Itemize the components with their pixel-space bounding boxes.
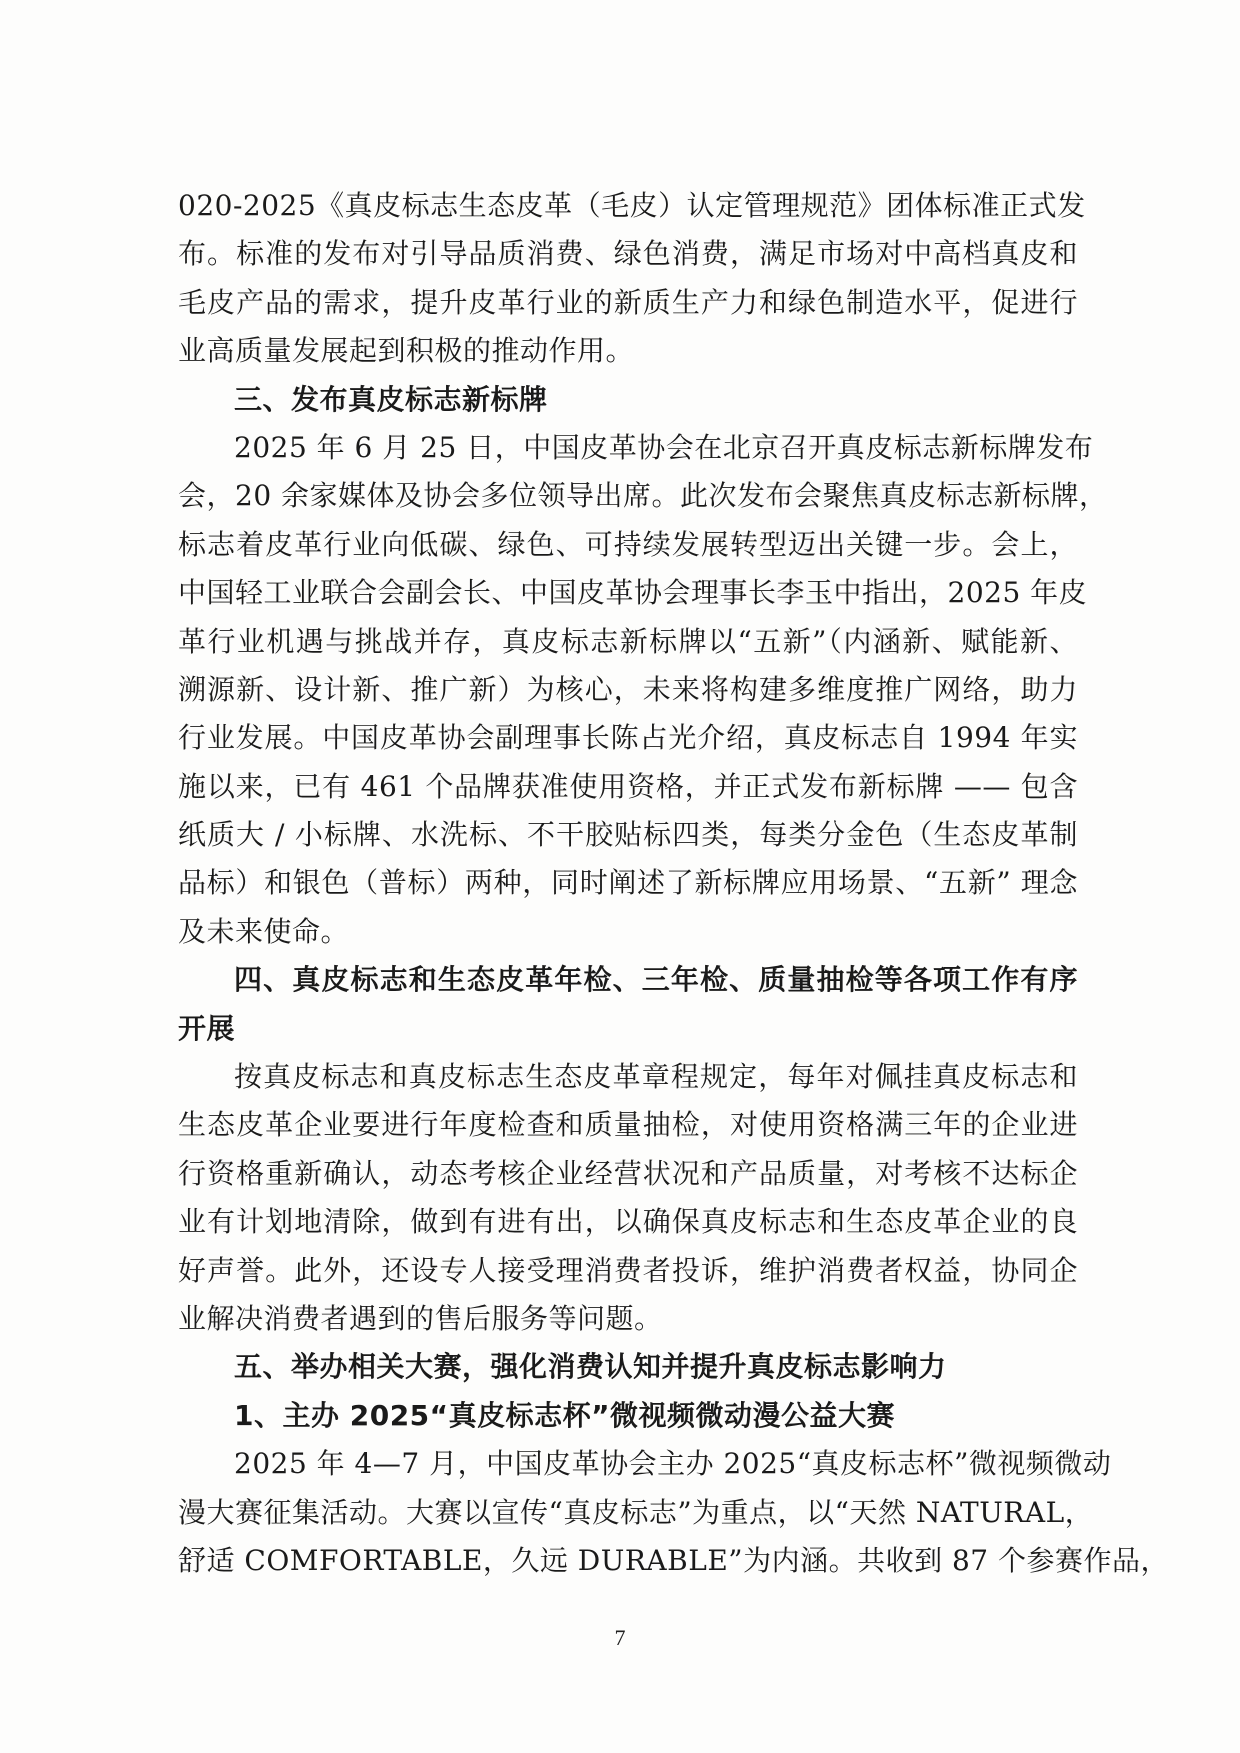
paragraph-standard-release-continuation: 020-2025《真皮标志生态皮革（毛皮）认定管理规范》团体标准正式发 布。标准…: [178, 182, 1078, 376]
text-line: 纸质大 / 小标牌、水洗标、不干胶贴标四类，每类分金色（生态皮革制: [178, 811, 1078, 859]
heading-subsection-5-1: 1、主办 2025“真皮标志杯”微视频微动漫公益大赛: [178, 1392, 1078, 1440]
text-line: 2025 年 6 月 25 日，中国皮革协会在北京召开真皮标志新标牌发布: [178, 424, 1078, 472]
document-body: 020-2025《真皮标志生态皮革（毛皮）认定管理规范》团体标准正式发 布。标准…: [178, 182, 1078, 1585]
heading-section-5: 五、举办相关大赛，强化消费认知并提升真皮标志影响力: [178, 1343, 1078, 1391]
text-line: 舒适 COMFORTABLE，久远 DURABLE”为内涵。共收到 87 个参赛…: [178, 1537, 1078, 1585]
paragraph-annual-inspection: 按真皮标志和真皮标志生态皮革章程规定，每年对佩挂真皮标志和 生态皮革企业要进行年…: [178, 1053, 1078, 1343]
text-line: 会，20 余家媒体及协会多位领导出席。此次发布会聚焦真皮标志新标牌，: [178, 472, 1078, 520]
heading-section-3: 三、发布真皮标志新标牌: [178, 376, 1078, 424]
text-line: 好声誉。此外，还设专人接受理消费者投诉，维护消费者权益，协同企: [178, 1247, 1078, 1295]
text-line: 业高质量发展起到积极的推动作用。: [178, 327, 1078, 375]
heading-text: 五、举办相关大赛，强化消费认知并提升真皮标志影响力: [178, 1343, 1078, 1391]
text-line: 行资格重新确认，动态考核企业经营状况和产品质量，对考核不达标企: [178, 1150, 1078, 1198]
text-line: 业有计划地清除，做到有进有出，以确保真皮标志和生态皮革企业的良: [178, 1198, 1078, 1246]
heading-text: 1、主办 2025“真皮标志杯”微视频微动漫公益大赛: [178, 1392, 1078, 1440]
text-line: 毛皮产品的需求，提升皮革行业的新质生产力和绿色制造水平，促进行: [178, 279, 1078, 327]
text-line: 漫大赛征集活动。大赛以宣传“真皮标志”为重点，以“天然 NATURAL，: [178, 1489, 1078, 1537]
text-line: 及未来使命。: [178, 908, 1078, 956]
text-line: 行业发展。中国皮革协会副理事长陈占光介绍，真皮标志自 1994 年实: [178, 714, 1078, 762]
page-number: 7: [0, 1625, 1240, 1651]
text-line: 生态皮革企业要进行年度检查和质量抽检，对使用资格满三年的企业进: [178, 1101, 1078, 1149]
text-line: 业解决消费者遇到的售后服务等问题。: [178, 1295, 1078, 1343]
text-line: 按真皮标志和真皮标志生态皮革章程规定，每年对佩挂真皮标志和: [178, 1053, 1078, 1101]
text-line: 施以来，已有 461 个品牌获准使用资格，并正式发布新标牌 —— 包含: [178, 763, 1078, 811]
paragraph-video-contest: 2025 年 4—7 月，中国皮革协会主办 2025“真皮标志杯”微视频微动 漫…: [178, 1440, 1078, 1585]
text-line: 品标）和银色（普标）两种，同时阐述了新标牌应用场景、“五新” 理念: [178, 859, 1078, 907]
text-line: 标志着皮革行业向低碳、绿色、可持续发展转型迈出关键一步。会上，: [178, 521, 1078, 569]
text-line: 溯源新、设计新、推广新）为核心，未来将构建多维度推广网络，助力: [178, 666, 1078, 714]
heading-section-4: 四、真皮标志和生态皮革年检、三年检、质量抽检等各项工作有序 开展: [178, 956, 1078, 1053]
text-line: 中国轻工业联合会副会长、中国皮革协会理事长李玉中指出，2025 年皮: [178, 569, 1078, 617]
heading-text: 三、发布真皮标志新标牌: [178, 376, 1078, 424]
text-line: 革行业机遇与挑战并存，真皮标志新标牌以“五新”（内涵新、赋能新、: [178, 618, 1078, 666]
text-line: 2025 年 4—7 月，中国皮革协会主办 2025“真皮标志杯”微视频微动: [178, 1440, 1078, 1488]
text-line: 布。标准的发布对引导品质消费、绿色消费，满足市场对中高档真皮和: [178, 230, 1078, 278]
heading-text: 开展: [178, 1005, 1078, 1053]
heading-text: 四、真皮标志和生态皮革年检、三年检、质量抽检等各项工作有序: [178, 956, 1078, 1004]
document-page: 020-2025《真皮标志生态皮革（毛皮）认定管理规范》团体标准正式发 布。标准…: [0, 0, 1240, 1753]
paragraph-new-tag-launch: 2025 年 6 月 25 日，中国皮革协会在北京召开真皮标志新标牌发布 会，2…: [178, 424, 1078, 956]
text-line: 020-2025《真皮标志生态皮革（毛皮）认定管理规范》团体标准正式发: [178, 182, 1078, 230]
